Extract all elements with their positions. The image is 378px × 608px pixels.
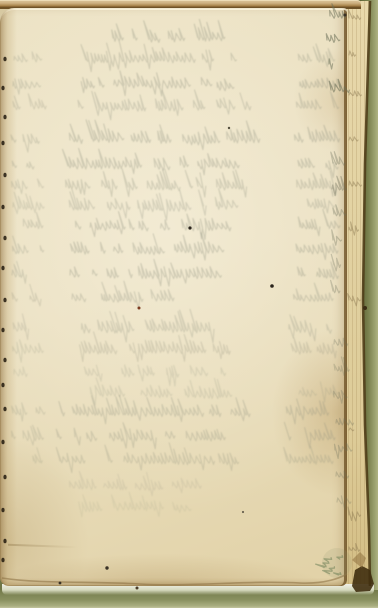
paper-crease <box>8 544 78 548</box>
notebook-page <box>0 8 347 586</box>
binding-gutter <box>0 8 17 586</box>
scanned-notebook-page <box>0 0 378 608</box>
